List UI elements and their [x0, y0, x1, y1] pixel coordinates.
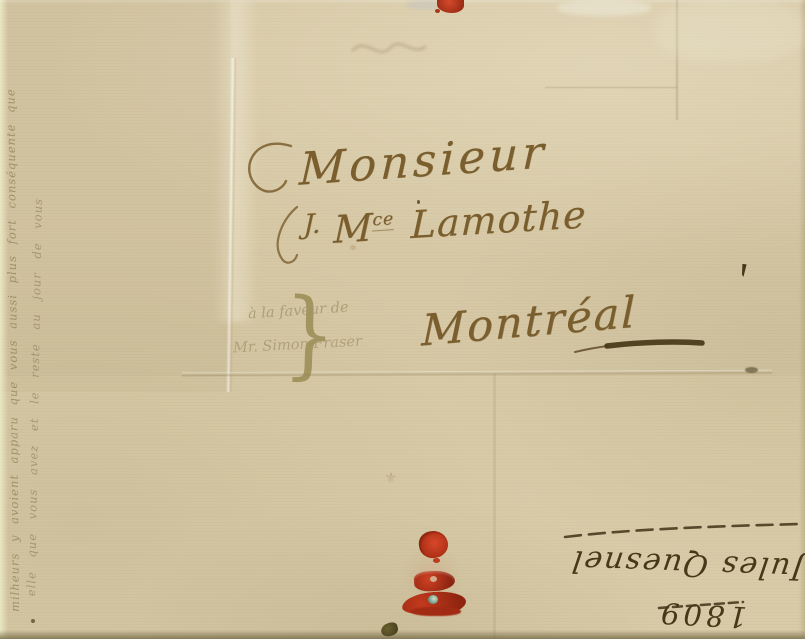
letter-scan: Monsieur J.MceLamothe } Montréal à la fa…	[0, 0, 805, 639]
recipient-initial: J.	[303, 209, 321, 241]
wax-seal-speck	[433, 558, 440, 563]
faint-paper-mark: ⚜	[383, 469, 398, 488]
paper-edge-bottom	[0, 630, 805, 639]
wax-seal-top-remnant	[437, 0, 464, 13]
top-right-light-patch	[655, 0, 805, 62]
stray-ink-dot	[417, 200, 420, 204]
address-city: Montréal	[421, 287, 637, 356]
offset-ink-ghost	[353, 44, 425, 52]
address-recipient-line: J.MceLamothe	[303, 192, 588, 253]
recipient-surname: Lamothe	[410, 192, 587, 247]
addressee-flourish	[278, 207, 297, 263]
crease-dark-spot	[745, 367, 758, 373]
address-salutation: Monsieur	[298, 125, 548, 196]
top-edge-light-patch	[556, 0, 652, 16]
city-underline-stroke	[607, 342, 702, 346]
docket-year: 1809	[649, 595, 755, 634]
address-brace: }	[282, 285, 337, 383]
carrier-note-line2: Mr. Simon Fraser	[233, 334, 363, 357]
foxing-spot	[350, 245, 356, 250]
wax-seal-gap	[430, 576, 437, 582]
fold-panel-shade-bottom	[0, 376, 805, 632]
vertical-crease-lower	[493, 374, 496, 639]
apostrophe-ink-mark	[740, 264, 746, 277]
city-tail-stroke	[575, 346, 608, 352]
corner-ink-dot	[31, 619, 35, 623]
paper-edge-right	[799, 0, 805, 639]
horizontal-crease-top-right	[545, 86, 677, 89]
recipient-superscript: ce	[372, 209, 394, 231]
vertical-fold-highlight-band	[213, 0, 259, 322]
wax-seal-top-speck	[435, 9, 440, 13]
wax-seal-glint	[428, 595, 438, 604]
wax-seal-tail	[411, 607, 461, 616]
